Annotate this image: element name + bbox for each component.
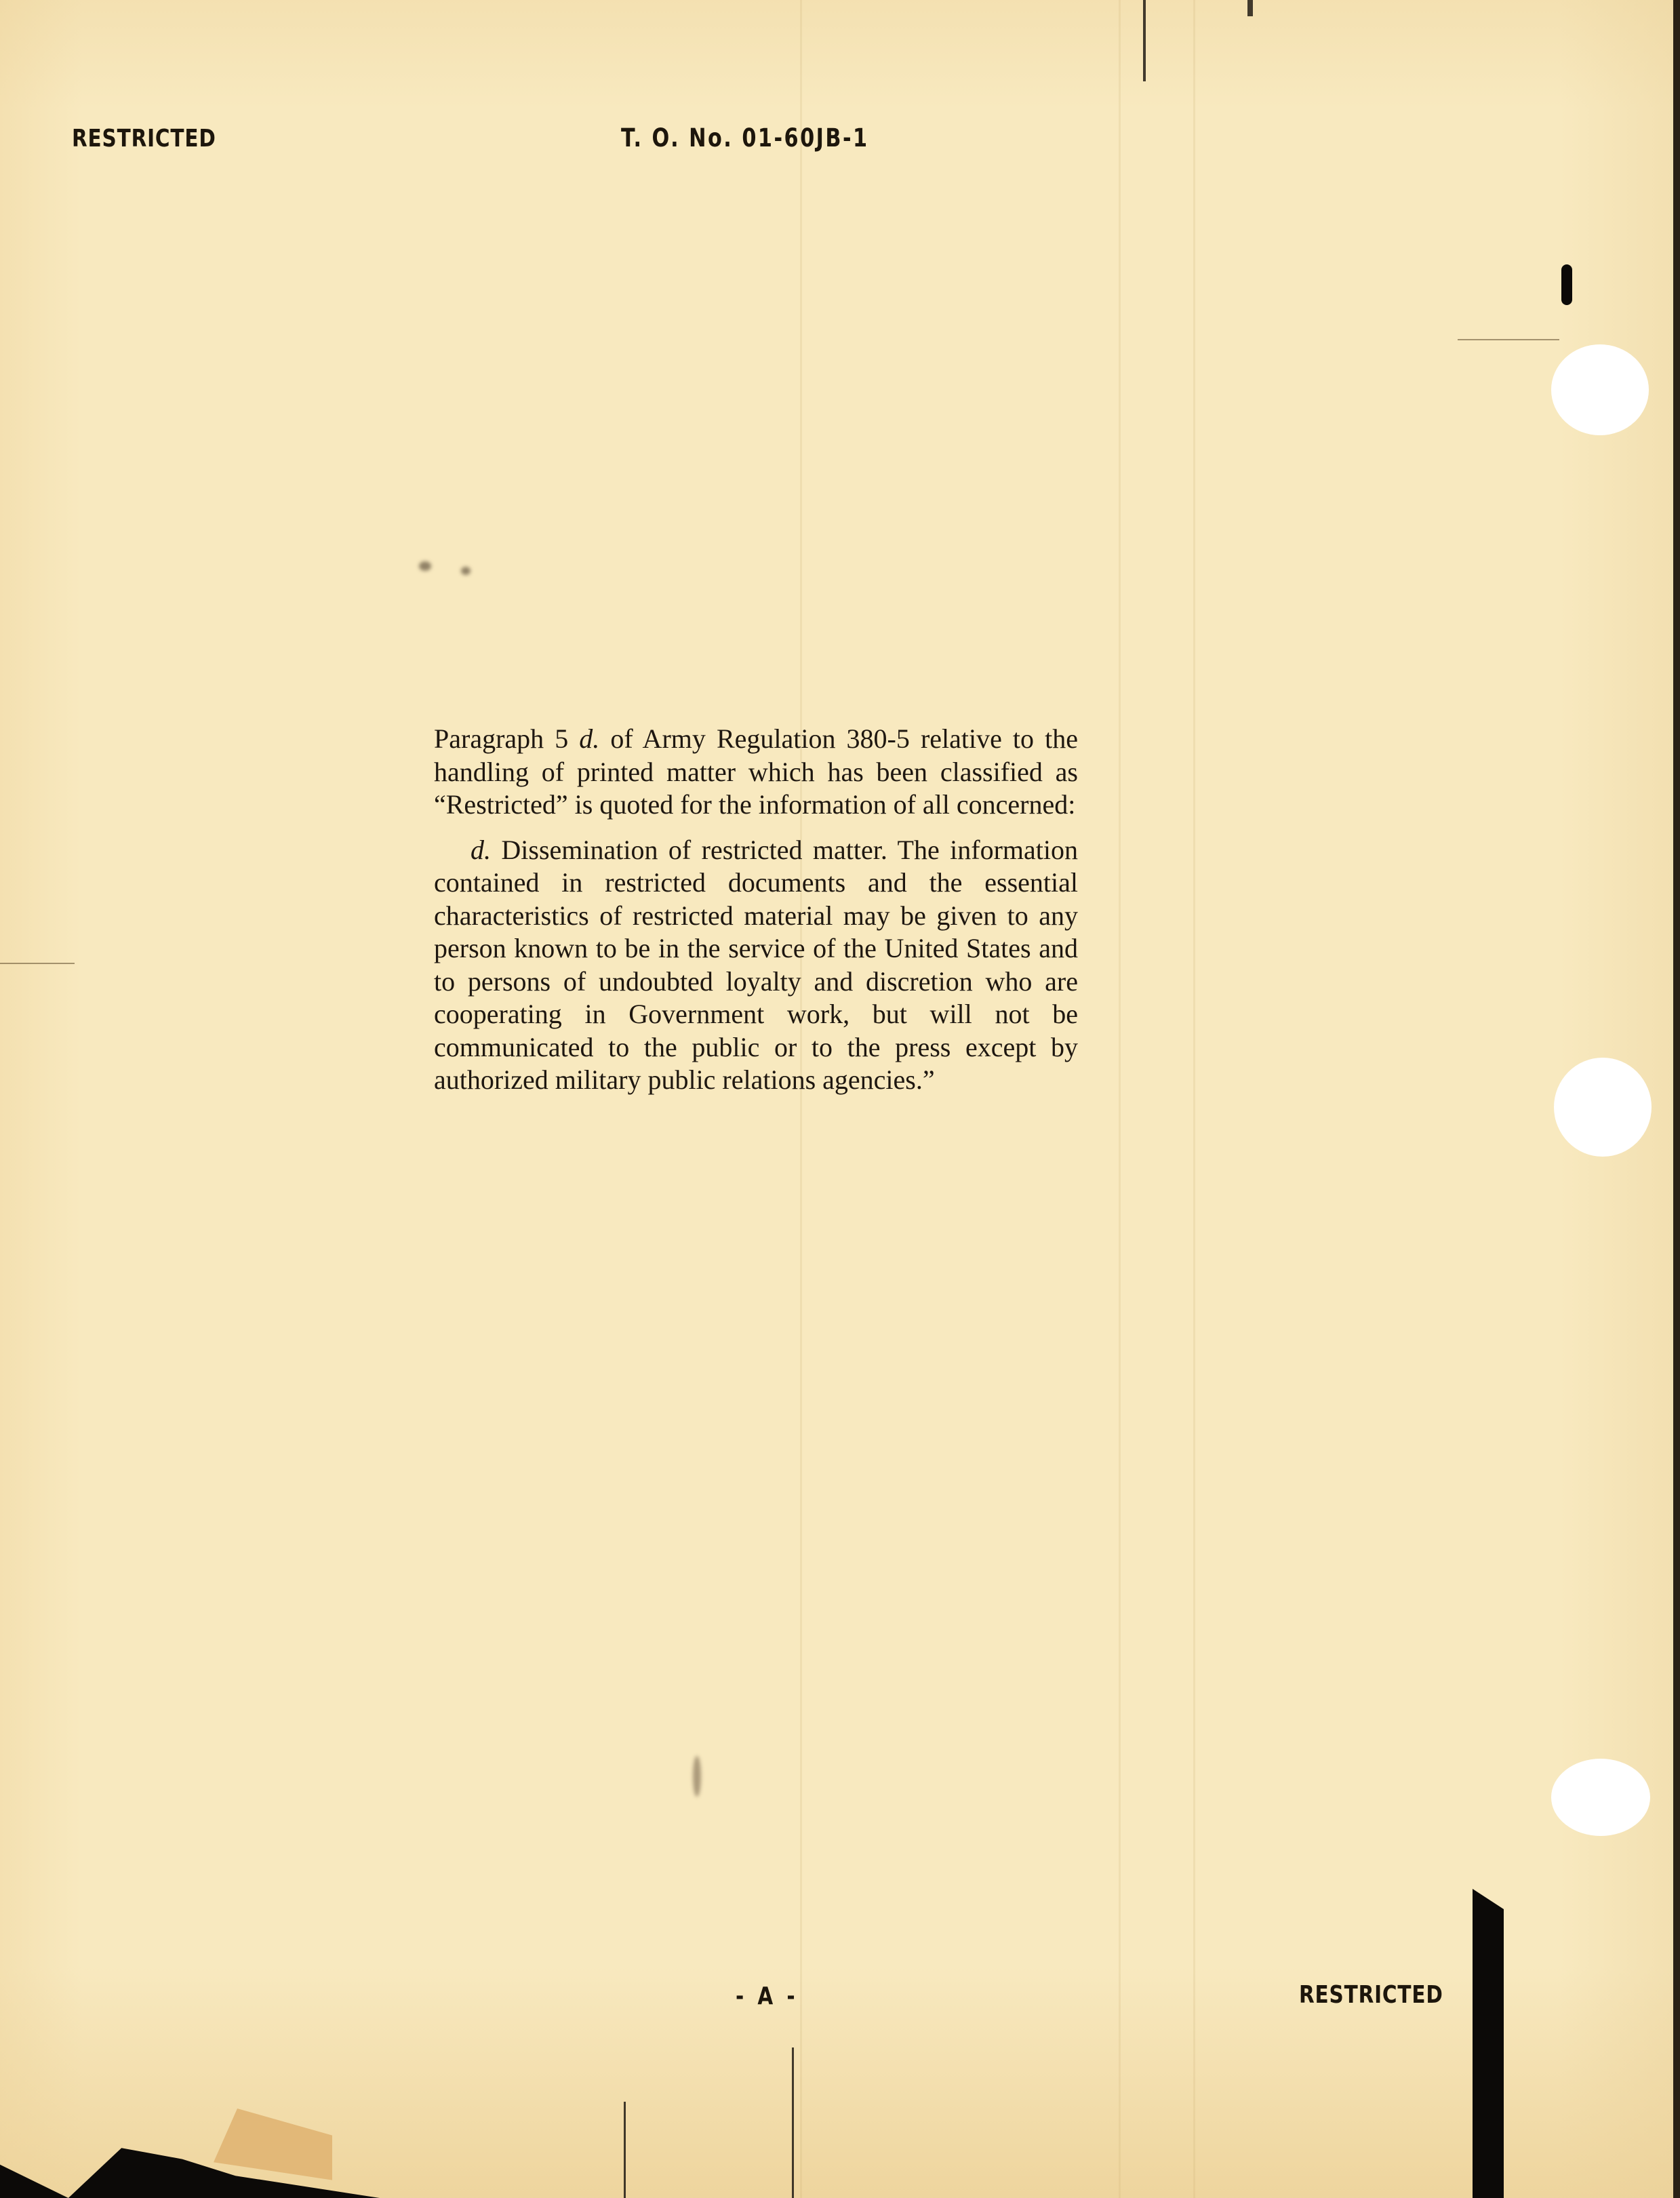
tear-mark xyxy=(624,2102,626,2198)
page-edge xyxy=(1673,0,1680,2198)
paper-streak xyxy=(800,0,802,2198)
smudge xyxy=(693,1756,701,1797)
paper-streak xyxy=(1193,0,1195,2198)
smudge xyxy=(419,561,431,571)
crack-line xyxy=(0,963,75,964)
smudge xyxy=(461,567,471,575)
document-page xyxy=(0,0,1680,2198)
punch-hole xyxy=(1551,1759,1650,1836)
classification-footer: RESTRICTED xyxy=(1299,1981,1443,2009)
regulation-notice: Paragraph 5 d. of Army Regulation 380-5 … xyxy=(434,723,1078,1097)
quoted-regulation: d. Dissemination of restricted matter. T… xyxy=(434,834,1078,1097)
punch-hole xyxy=(1551,344,1649,435)
page-number: - A - xyxy=(736,1982,799,2010)
tear-mark xyxy=(792,2047,794,2198)
ink-blot xyxy=(1561,264,1572,305)
tear-mark xyxy=(1247,0,1253,16)
torn-gap xyxy=(1473,1889,1504,2198)
intro-paragraph: Paragraph 5 d. of Army Regulation 380-5 … xyxy=(434,723,1078,822)
crack-line xyxy=(1458,339,1559,340)
classification-header: RESTRICTED xyxy=(72,125,216,153)
tear-mark xyxy=(1143,0,1146,81)
punch-hole xyxy=(1554,1058,1652,1157)
paper-streak xyxy=(1119,0,1121,2198)
document-number: T. O. No. 01-60JB-1 xyxy=(621,123,869,153)
